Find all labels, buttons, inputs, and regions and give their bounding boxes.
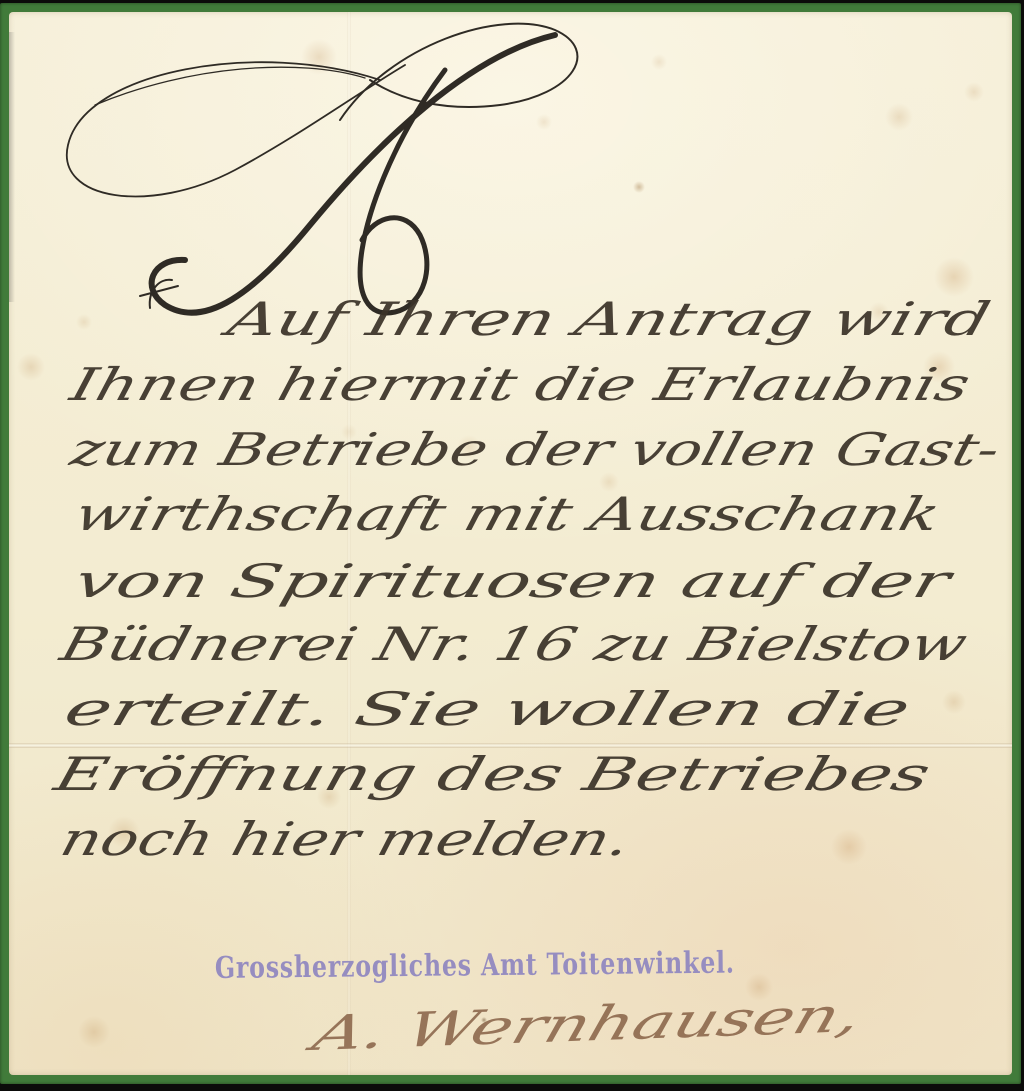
handwriting-line: Ihnen hiermit die Erlaubnis [64, 359, 975, 411]
handwritten-body: Auf Ihren Antrag wird Ihnen hiermit die … [48, 294, 1006, 867]
ink-layer: Auf Ihren Antrag wird Ihnen hiermit die … [9, 12, 1012, 1075]
calligraphic-flourish-initial [67, 24, 578, 313]
paper-sheet: Auf Ihren Antrag wird Ihnen hiermit die … [9, 12, 1012, 1075]
handwriting-line: Auf Ihren Antrag wird [216, 294, 995, 347]
handwriting-line: Eröffnung des Betriebes [48, 749, 936, 802]
flourish-second-stem [360, 70, 445, 313]
flourish-main-stroke [152, 35, 555, 313]
official-stamp: Grossherzogliches Amt Toitenwinkel. [215, 946, 735, 986]
handwriting-line: zum Betriebe der vollen Gast- [64, 424, 1005, 476]
handwriting-line: Büdnerei Nr. 16 zu Bielstow [54, 619, 973, 672]
handwriting-line: von Spirituosen auf der [69, 556, 959, 609]
handwriting-line: erteilt. Sie wollen die [59, 684, 915, 737]
handwriting-line: wirthschaft mit Ausschank [69, 489, 945, 542]
scanned-document: Auf Ihren Antrag wird Ihnen hiermit die … [0, 0, 1024, 1091]
signature: A. Wernhausen, [301, 986, 869, 1062]
flourish-hairline [95, 67, 365, 105]
handwriting-line: noch hier melden. [55, 814, 635, 867]
